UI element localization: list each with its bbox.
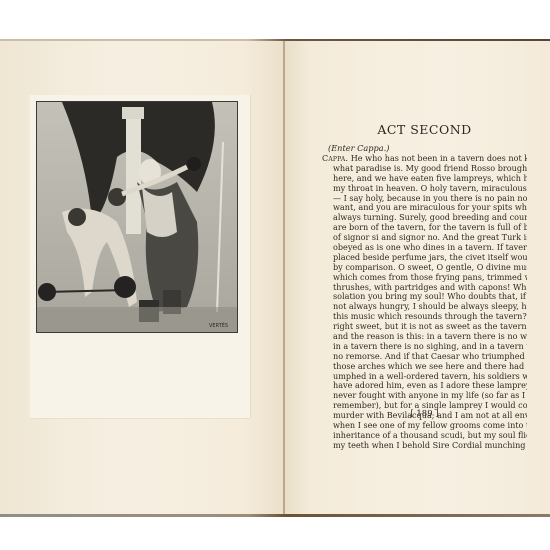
speech-line: what paradise is. My good friend Rosso b… bbox=[322, 164, 527, 174]
speech-line: here, and we have eaten five lampreys, w… bbox=[322, 174, 527, 184]
speech-line: this music which resounds through the ta… bbox=[322, 312, 527, 322]
speech-line: never fought with anyone in my life (so … bbox=[322, 391, 527, 401]
speech-line: Cappa. He who has not been in a tavern d… bbox=[322, 154, 527, 164]
speech-line: when I see one of my fellow grooms come … bbox=[322, 421, 527, 431]
page-number: [ 189 ] bbox=[322, 409, 527, 419]
speech-line: — I say holy, because in you there is no… bbox=[322, 194, 527, 204]
speech-line: obeyed as is one who dines in a tavern. … bbox=[322, 243, 527, 253]
speech-line: my teeth when I behold Sire Cordial munc… bbox=[322, 441, 527, 451]
act-heading: ACT SECOND bbox=[322, 122, 527, 137]
illustration-plate: VERTÈS bbox=[36, 101, 238, 333]
speech-line: want, and you are miraculous for your sp… bbox=[322, 203, 527, 213]
speech-line: not always hungry, I should be always sl… bbox=[322, 302, 527, 312]
speech-line: have adored him, even as I adore these l… bbox=[322, 381, 527, 391]
speech-line: are born of the tavern, for the tavern i… bbox=[322, 223, 527, 233]
book-bottom-edge bbox=[0, 514, 550, 517]
speech-line: by comparison. O sweet, O gentle, O divi… bbox=[322, 263, 527, 273]
open-book: VERTÈS ACT SECOND (Enter Cappa.) Cappa. … bbox=[0, 41, 550, 515]
speech-line: placed beside perfume jars, the civet it… bbox=[322, 253, 527, 263]
plate-signature: VERTÈS bbox=[209, 321, 228, 329]
speaker-name: Cappa. bbox=[322, 154, 348, 163]
speech-line: which comes from those frying pans, trim… bbox=[322, 273, 527, 283]
left-page: VERTÈS bbox=[0, 41, 284, 515]
speech-line: right sweet, but it is not as sweet as t… bbox=[322, 322, 527, 332]
speech-line: solation you bring my soul! Who doubts t… bbox=[322, 292, 527, 302]
speech-line: in a tavern there is no sighing, and in … bbox=[322, 342, 527, 352]
speech-line: my throat in heaven. O holy tavern, mira… bbox=[322, 184, 527, 194]
speech-line: thrushes, with partridges and with capon… bbox=[322, 283, 527, 293]
speech-line: of signor si and signor no. And the grea… bbox=[322, 233, 527, 243]
speech-line: those arches which we see here and there… bbox=[322, 362, 527, 372]
speech-line: umphed in a well-ordered tavern, his sol… bbox=[322, 372, 527, 382]
speech-block: Cappa. He who has not been in a tavern d… bbox=[322, 154, 527, 451]
speech-line: always turning. Surely, good breeding an… bbox=[322, 213, 527, 223]
speech-line: inheritance of a thousand scudi, but my … bbox=[322, 431, 527, 441]
speech-line: no remorse. And if that Caesar who trium… bbox=[322, 352, 527, 362]
speech-line: and the reason is this: in a tavern ther… bbox=[322, 332, 527, 342]
stage-direction: (Enter Cappa.) bbox=[328, 143, 389, 153]
